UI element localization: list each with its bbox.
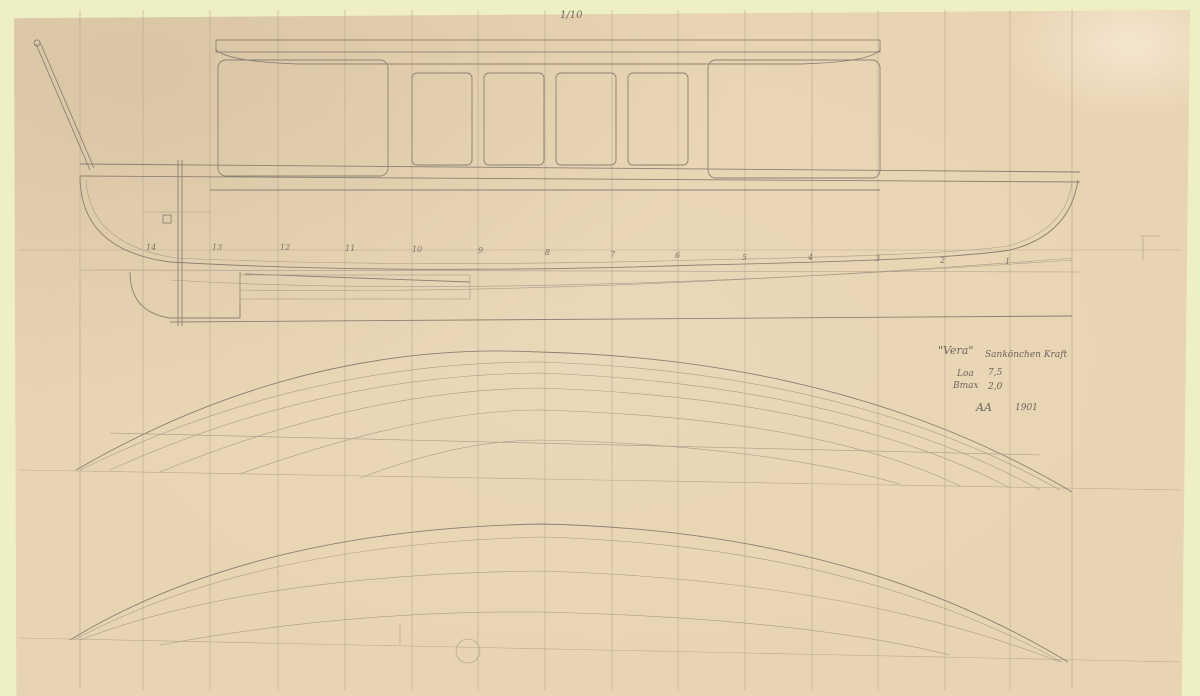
- station-label: 14: [146, 243, 156, 252]
- loa-label: Loa: [957, 369, 974, 379]
- station-label: 7: [610, 250, 615, 259]
- loa-value: 7,5: [988, 368, 1002, 378]
- half-breadth-view: [76, 351, 1072, 492]
- station-label: 5: [742, 253, 747, 262]
- station-label: 8: [545, 248, 550, 257]
- bmax-value: 2,0: [988, 382, 1002, 392]
- boat-name: "Vera": [938, 344, 973, 357]
- station-label: 6: [675, 251, 680, 260]
- bmax-label: Bmax: [953, 381, 979, 391]
- year: 1901: [1015, 403, 1038, 413]
- station-label: 2: [940, 256, 945, 265]
- lines-plan-drawing: [0, 0, 1200, 696]
- station-label: 1: [1005, 257, 1010, 266]
- initials: AA: [976, 401, 992, 414]
- boat-subtitle: Sankönchen Kraft: [985, 350, 1067, 360]
- profile-view: [34, 40, 1160, 326]
- station-label: 3: [875, 254, 880, 263]
- station-label: 4: [808, 253, 813, 262]
- scale-note: 1/10: [560, 10, 582, 21]
- station-label: 10: [412, 245, 422, 254]
- station-label: 13: [212, 243, 222, 252]
- station-label: 11: [345, 244, 355, 253]
- station-label: 12: [280, 243, 290, 252]
- station-label: 9: [478, 246, 483, 255]
